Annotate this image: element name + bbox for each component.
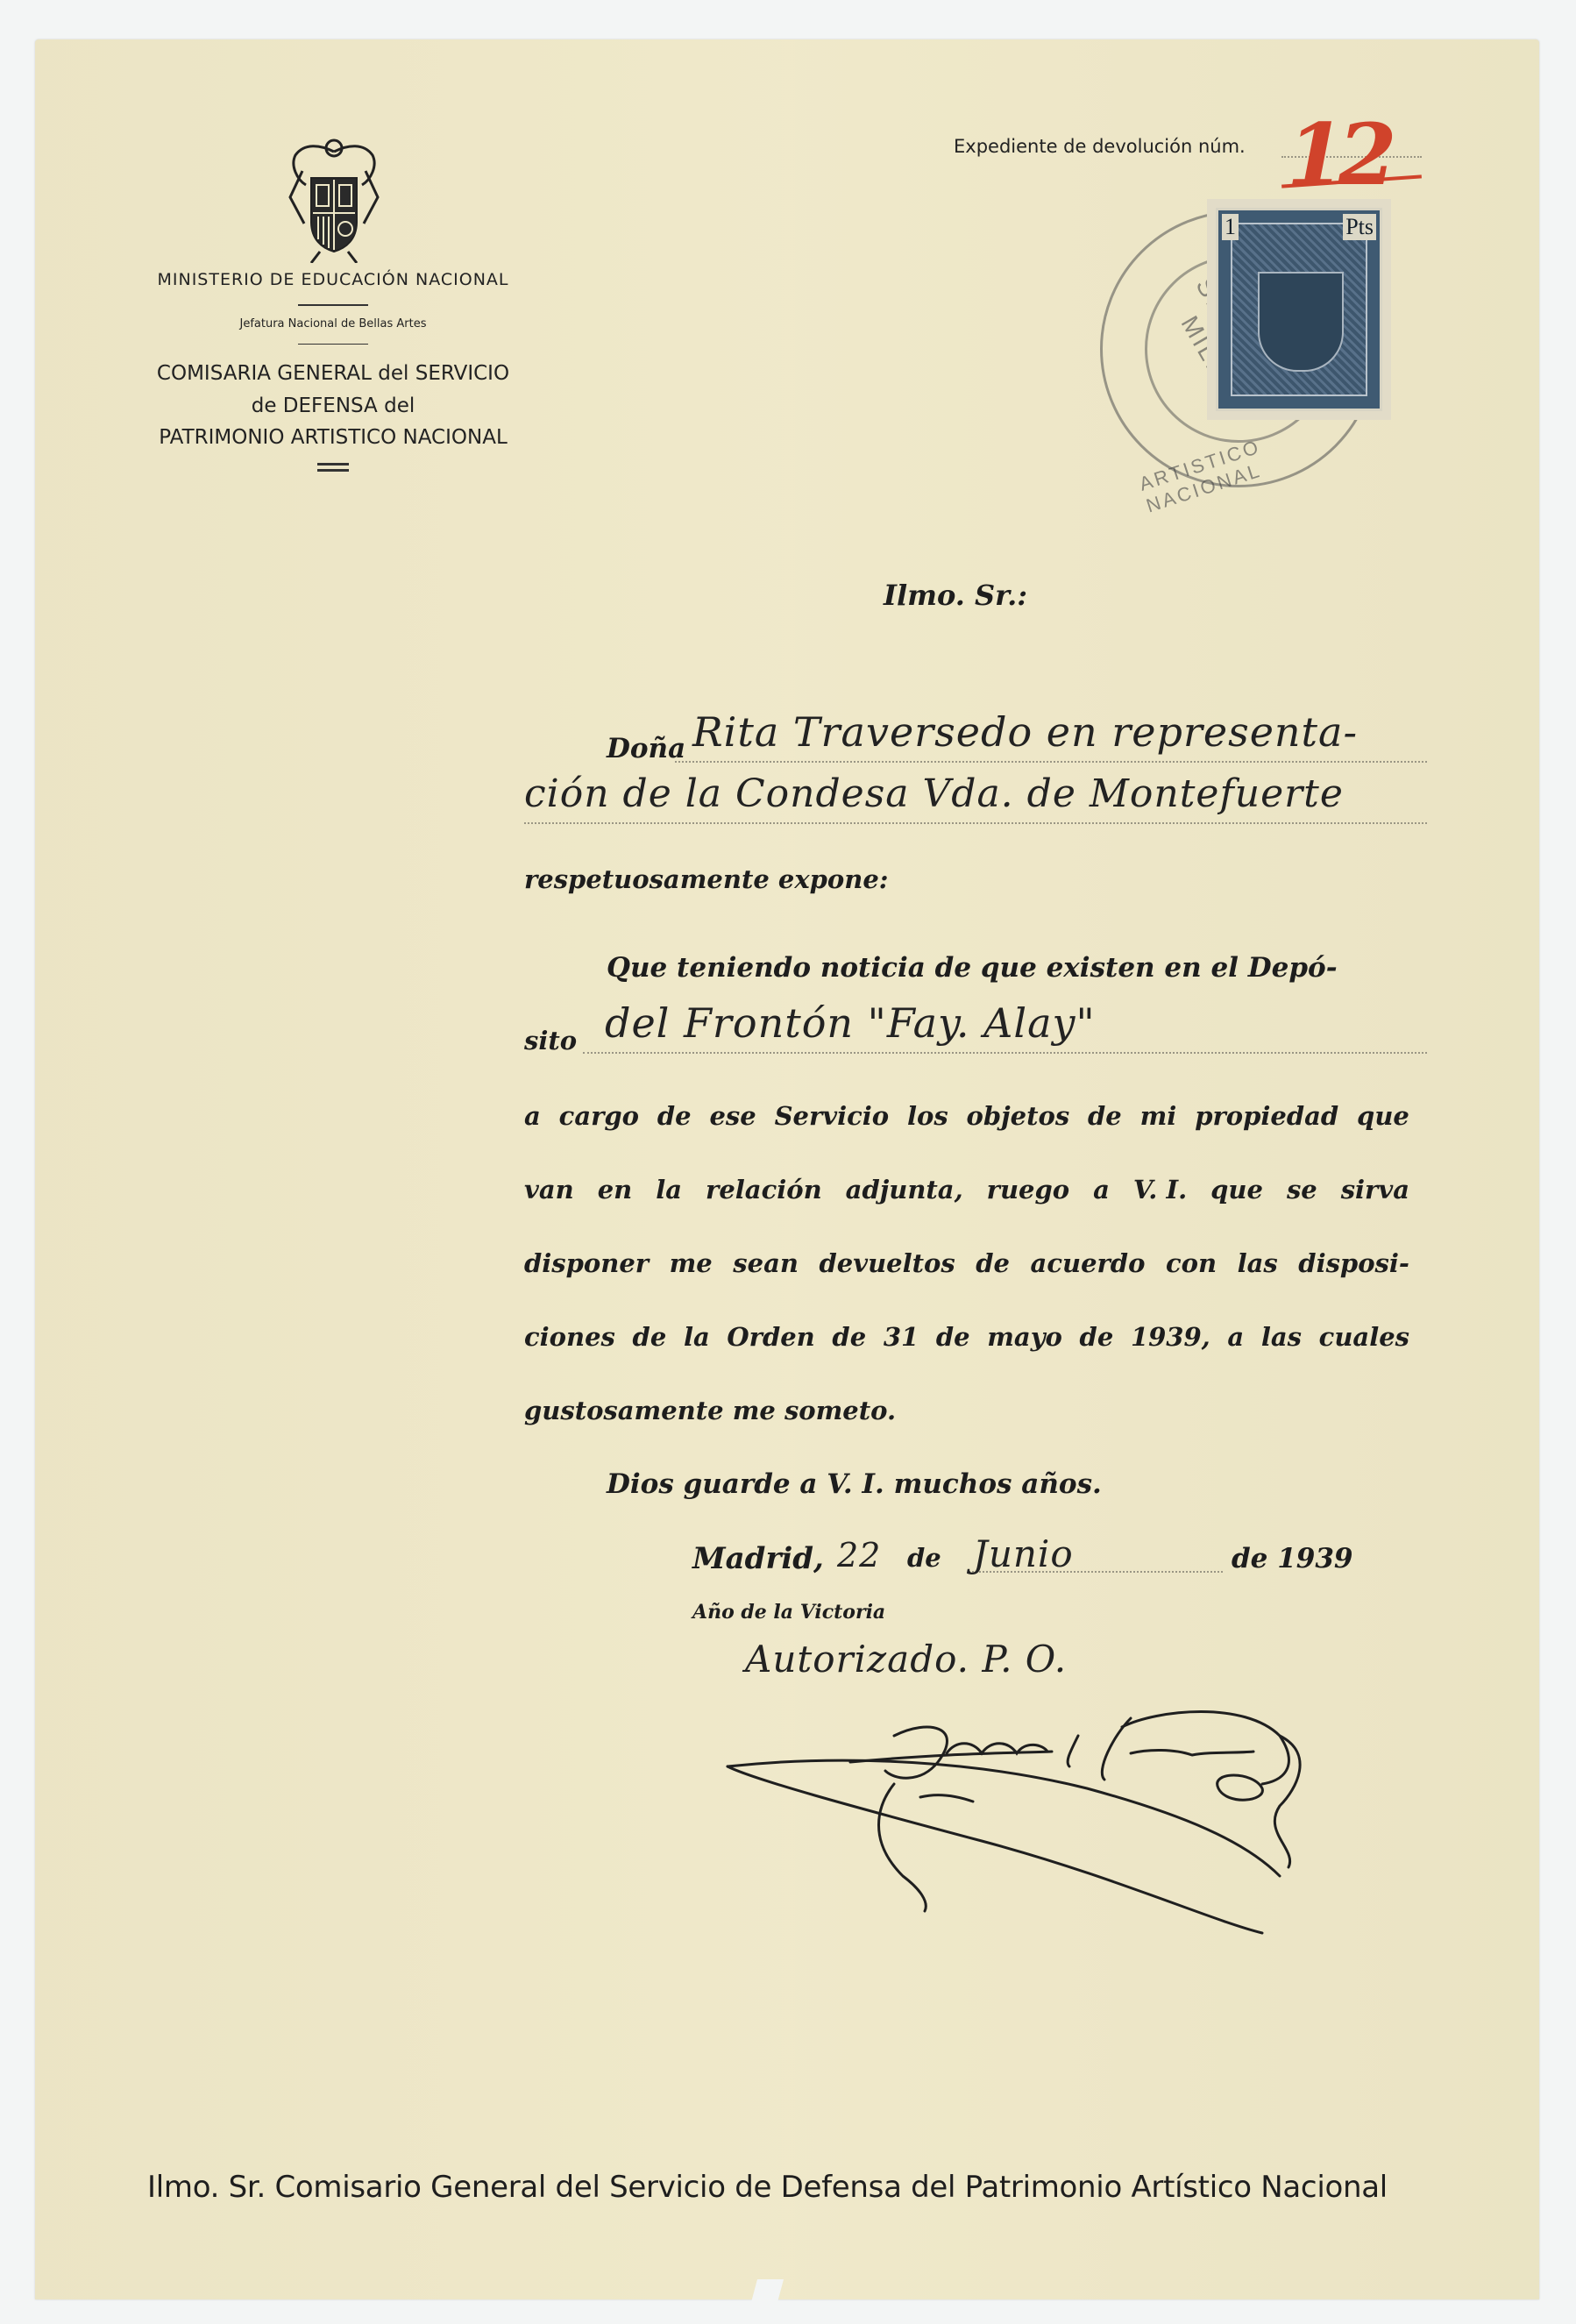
word: que bbox=[1357, 1101, 1409, 1131]
stamp-shield-icon bbox=[1258, 272, 1344, 372]
paper-tear bbox=[750, 2279, 784, 2306]
word: la bbox=[656, 1175, 682, 1205]
word: de bbox=[832, 1322, 866, 1352]
double-rule bbox=[317, 469, 349, 472]
word: ruego bbox=[987, 1175, 1069, 1205]
body-line-6: cionesdelaOrdende31demayode1939,alascual… bbox=[524, 1322, 1409, 1352]
authorization-note: Autorizado. P. O. bbox=[745, 1638, 1067, 1681]
date-de: de bbox=[907, 1543, 941, 1573]
body-line-7: gustosamente me someto. bbox=[524, 1396, 896, 1425]
word: mayo bbox=[987, 1322, 1062, 1352]
word: sean bbox=[733, 1248, 799, 1278]
word: de bbox=[1080, 1322, 1114, 1352]
word: ese bbox=[709, 1101, 756, 1131]
word: propiedad bbox=[1195, 1101, 1338, 1131]
word: V. I. bbox=[1133, 1175, 1187, 1205]
word: sirva bbox=[1341, 1175, 1409, 1205]
body-line-4: vanenlarelaciónadjunta,ruegoaV. I.queses… bbox=[524, 1175, 1409, 1205]
word: a bbox=[1227, 1322, 1244, 1352]
closing-formula: Dios guarde a V. I. muchos años. bbox=[607, 1468, 1102, 1500]
stamp-value: 1 bbox=[1222, 214, 1239, 240]
word: acuerdo bbox=[1031, 1248, 1146, 1278]
double-rule bbox=[317, 463, 349, 466]
word: relación bbox=[706, 1175, 822, 1205]
date-era: Año de la Victoria bbox=[692, 1601, 885, 1624]
name-field-line bbox=[675, 761, 1427, 763]
word: en bbox=[598, 1175, 633, 1205]
divider bbox=[298, 344, 368, 345]
word: de bbox=[1088, 1101, 1122, 1131]
word: ciones bbox=[524, 1322, 615, 1352]
word: a bbox=[1093, 1175, 1110, 1205]
word: Orden bbox=[727, 1322, 814, 1352]
handwritten-representation: ción de la Condesa Vda. de Montefuerte bbox=[524, 771, 1344, 816]
office-name-line2: de DEFENSA del bbox=[131, 394, 535, 417]
deposit-field-line bbox=[583, 1052, 1427, 1054]
spanish-coat-of-arms-icon bbox=[285, 136, 383, 263]
stamp-unit: Pts bbox=[1343, 214, 1376, 240]
office-name-line1: COMISARIA GENERAL del SERVICIO bbox=[131, 362, 535, 385]
petition-expone: respetuosamente expone: bbox=[524, 864, 889, 894]
body-line-2-prefix: sito bbox=[524, 1026, 577, 1055]
divider bbox=[298, 304, 368, 306]
word: la bbox=[684, 1322, 710, 1352]
word: Servicio bbox=[775, 1101, 890, 1131]
word: de bbox=[936, 1322, 970, 1352]
signature bbox=[719, 1701, 1402, 1937]
footer-addressee: Ilmo. Sr. Comisario General del Servicio… bbox=[147, 2170, 1388, 2205]
word: me bbox=[670, 1248, 713, 1278]
word: devueltos bbox=[820, 1248, 955, 1278]
department-name: Jefatura Nacional de Bellas Artes bbox=[140, 317, 526, 330]
word: adjunta, bbox=[846, 1175, 963, 1205]
ministry-name: MINISTERIO DE EDUCACIÓN NACIONAL bbox=[140, 270, 526, 289]
word: objetos bbox=[967, 1101, 1070, 1131]
word: de bbox=[633, 1322, 667, 1352]
representation-field-line bbox=[524, 822, 1427, 824]
word: las bbox=[1238, 1248, 1278, 1278]
office-name-line3: PATRIMONIO ARTISTICO NACIONAL bbox=[131, 426, 535, 449]
file-number: 12 bbox=[1287, 105, 1390, 204]
word: con bbox=[1166, 1248, 1217, 1278]
date-year: de 1939 bbox=[1232, 1543, 1352, 1574]
handwritten-deposit: del Frontón "Fay. Alay" bbox=[605, 999, 1096, 1047]
word: 1939, bbox=[1131, 1322, 1210, 1352]
word: se bbox=[1287, 1175, 1317, 1205]
word: disposi- bbox=[1298, 1248, 1409, 1278]
body-line-5: disponermeseandevueltosdeacuerdoconlasdi… bbox=[524, 1248, 1409, 1278]
word: de bbox=[657, 1101, 692, 1131]
word: van bbox=[524, 1175, 574, 1205]
date-day: 22 bbox=[837, 1536, 881, 1574]
word: cuales bbox=[1319, 1322, 1409, 1352]
word: de bbox=[976, 1248, 1010, 1278]
body-line-3: acargodeeseServiciolosobjetosdemipropied… bbox=[524, 1101, 1409, 1131]
date-month: Junio bbox=[973, 1532, 1074, 1575]
revenue-stamp: 1 Pts bbox=[1216, 208, 1382, 411]
word: los bbox=[907, 1101, 948, 1131]
handwritten-name: Rita Traversedo en representa- bbox=[692, 708, 1358, 756]
word: mi bbox=[1140, 1101, 1177, 1131]
word: que bbox=[1210, 1175, 1263, 1205]
body-line-1: Que teniendo noticia de que existen en e… bbox=[607, 952, 1338, 984]
word: cargo bbox=[559, 1101, 639, 1131]
salutation: Ilmo. Sr.: bbox=[884, 579, 1027, 612]
word: disponer bbox=[524, 1248, 649, 1278]
word: 31 bbox=[884, 1322, 919, 1352]
word: a bbox=[524, 1101, 541, 1131]
petition-prefix: Doña bbox=[607, 733, 685, 764]
date-place: Madrid, bbox=[692, 1541, 824, 1576]
file-reference-label: Expediente de devolución núm. bbox=[954, 136, 1246, 157]
word: las bbox=[1261, 1322, 1302, 1352]
